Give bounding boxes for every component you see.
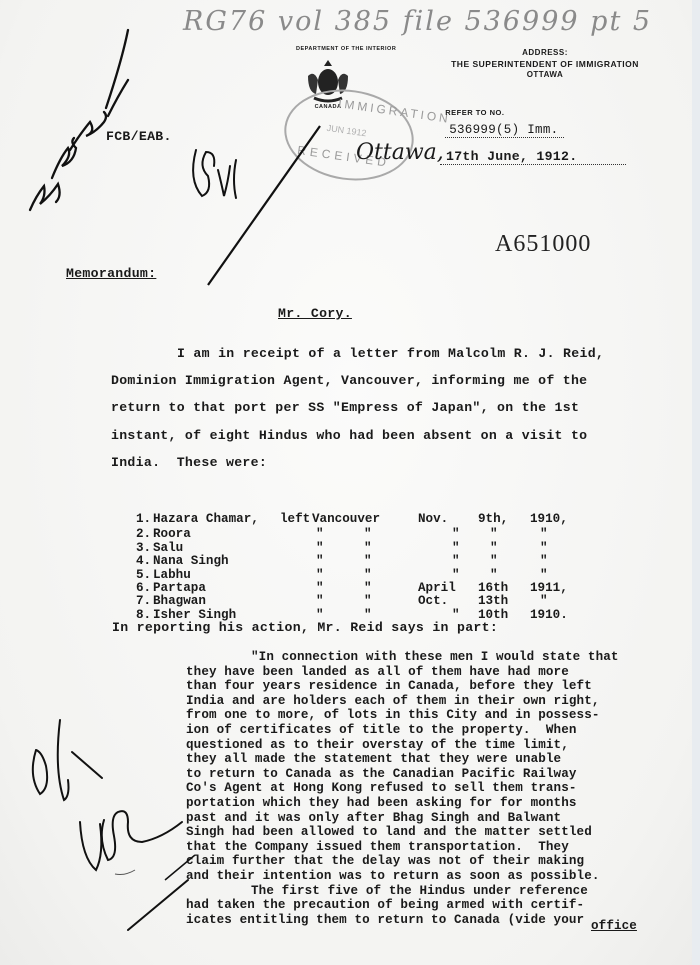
returnee-day: "	[490, 527, 498, 541]
returnee-num: 3.	[136, 541, 151, 555]
returnee-year: "	[540, 554, 548, 568]
intro-line: Dominion Immigration Agent, Vancouver, i…	[111, 373, 587, 388]
stamp-date: JUN 1912	[326, 123, 367, 138]
quote-line: "In connection with these men I would st…	[251, 651, 619, 664]
returnee-num: 6.	[136, 581, 151, 595]
returnee-from: Vancouver	[312, 512, 380, 526]
returnee-name: Hazara Chamar,	[153, 512, 259, 526]
returnee-day: "	[490, 568, 498, 582]
reference-number-line: REFER TO NO. 536999(5) Imm.	[426, 84, 622, 138]
returnee-month: "	[452, 554, 460, 568]
quote-line: questioned as to their overstay of the t…	[186, 739, 569, 752]
quote-line: they all made the statement that they we…	[186, 753, 561, 766]
returnee-from: "	[364, 541, 372, 555]
returnee-year: "	[540, 568, 548, 582]
returnee-name: Roora	[153, 527, 191, 541]
quote-line: had taken the precaution of being armed …	[186, 899, 584, 912]
returnee-left: "	[316, 568, 324, 582]
intro-line: instant, of eight Hindus who had been ab…	[111, 428, 587, 443]
place-name: Ottawa,	[356, 140, 444, 165]
address-line-2: OTTAWA	[400, 70, 690, 79]
returnee-num: 7.	[136, 594, 151, 608]
returnee-day: "	[490, 554, 498, 568]
letter-date: 17th June, 1912.	[440, 149, 626, 165]
quote-line: past and it was only after Bhag Singh an…	[186, 812, 561, 825]
refer-value: 536999(5) Imm.	[445, 123, 564, 138]
returnee-month: Nov.	[418, 512, 448, 526]
returnee-year: "	[540, 541, 548, 555]
returnee-num: 5.	[136, 568, 151, 582]
quote-line: from one to more, of lots in this City a…	[186, 709, 600, 722]
quote-line: Singh had been allowed to land and the m…	[186, 826, 592, 839]
quote-line: ion of certificates of title to the prop…	[186, 724, 577, 737]
returnee-from: "	[364, 554, 372, 568]
archive-reference-note: RG76 vol 385 file 536999 pt 5	[183, 6, 652, 37]
catchword: office	[591, 920, 637, 933]
quote-line: than four years residence in Canada, bef…	[186, 680, 592, 693]
returnee-num: 4.	[136, 554, 151, 568]
returnee-left: "	[316, 594, 324, 608]
returnee-name: Nana Singh	[153, 554, 229, 568]
returnee-month: Oct.	[418, 594, 448, 608]
reporting-line: In reporting his action, Mr. Reid says i…	[112, 620, 498, 635]
refer-label: REFER TO NO.	[445, 108, 504, 117]
quote-line: they have been landed as all of them hav…	[186, 666, 569, 679]
memorandum-heading: Memorandum:	[66, 266, 156, 281]
intro-line: I am in receipt of a letter from Malcolm…	[177, 346, 604, 361]
quote-line: Co's Agent at Hong Kong refused to sell …	[186, 782, 577, 795]
returnee-name: Bhagwan	[153, 594, 206, 608]
returnee-month: "	[452, 527, 460, 541]
returnee-month: "	[452, 541, 460, 555]
quote-line: and their intention was to return as soo…	[186, 870, 600, 883]
returnee-year: "	[540, 527, 548, 541]
returnee-from: "	[364, 581, 372, 595]
returnee-name: Labhu	[153, 568, 191, 582]
address-label: ADDRESS:	[400, 48, 690, 57]
returnee-from: "	[364, 568, 372, 582]
address-line-1: THE SUPERINTENDENT OF IMMIGRATION	[400, 59, 690, 69]
quote-line: claim further that the delay was not of …	[186, 855, 584, 868]
returnee-left: "	[316, 527, 324, 541]
quote-line: to return to Canada as the Canadian Paci…	[186, 768, 577, 781]
intro-line: return to that port per SS "Empress of J…	[111, 400, 579, 415]
returnee-year: 1910.	[530, 608, 568, 622]
returnee-left: "	[316, 554, 324, 568]
returnee-day: 13th	[478, 594, 508, 608]
returnee-day: "	[490, 541, 498, 555]
returnee-left: "	[316, 541, 324, 555]
returnee-name: Salu	[153, 541, 183, 555]
quote-line: The first five of the Hindus under refer…	[251, 885, 588, 898]
returnee-year: 1910,	[530, 512, 568, 526]
typist-initials: FCB/EAB.	[106, 129, 172, 144]
returnee-from: "	[364, 594, 372, 608]
returnee-month: April	[418, 581, 456, 595]
quote-line: that the Company issued them transportat…	[186, 841, 569, 854]
quote-line: icates entitling them to return to Canad…	[186, 914, 584, 927]
returnee-left: "	[316, 581, 324, 595]
returnee-day: 9th,	[478, 512, 508, 526]
returnee-name: Partapa	[153, 581, 206, 595]
addressee: Mr. Cory.	[278, 306, 352, 321]
intro-line: India. These were:	[111, 455, 267, 470]
returnee-year: 1911,	[530, 581, 568, 595]
returnee-num: 2.	[136, 527, 151, 541]
returnee-year: "	[540, 594, 548, 608]
page-edge	[692, 0, 700, 965]
returnee-from: "	[364, 527, 372, 541]
returnee-left: left	[280, 512, 310, 526]
emblem-top-text: DEPARTMENT OF THE INTERIOR	[296, 46, 360, 52]
returnee-num: 1.	[136, 512, 151, 526]
quote-line: portation which they had been asking for…	[186, 797, 577, 810]
returnee-month: "	[452, 568, 460, 582]
quote-line: India and are holders each of them in th…	[186, 695, 600, 708]
file-stamp-number: A651000	[495, 231, 591, 258]
returnee-day: 16th	[478, 581, 508, 595]
